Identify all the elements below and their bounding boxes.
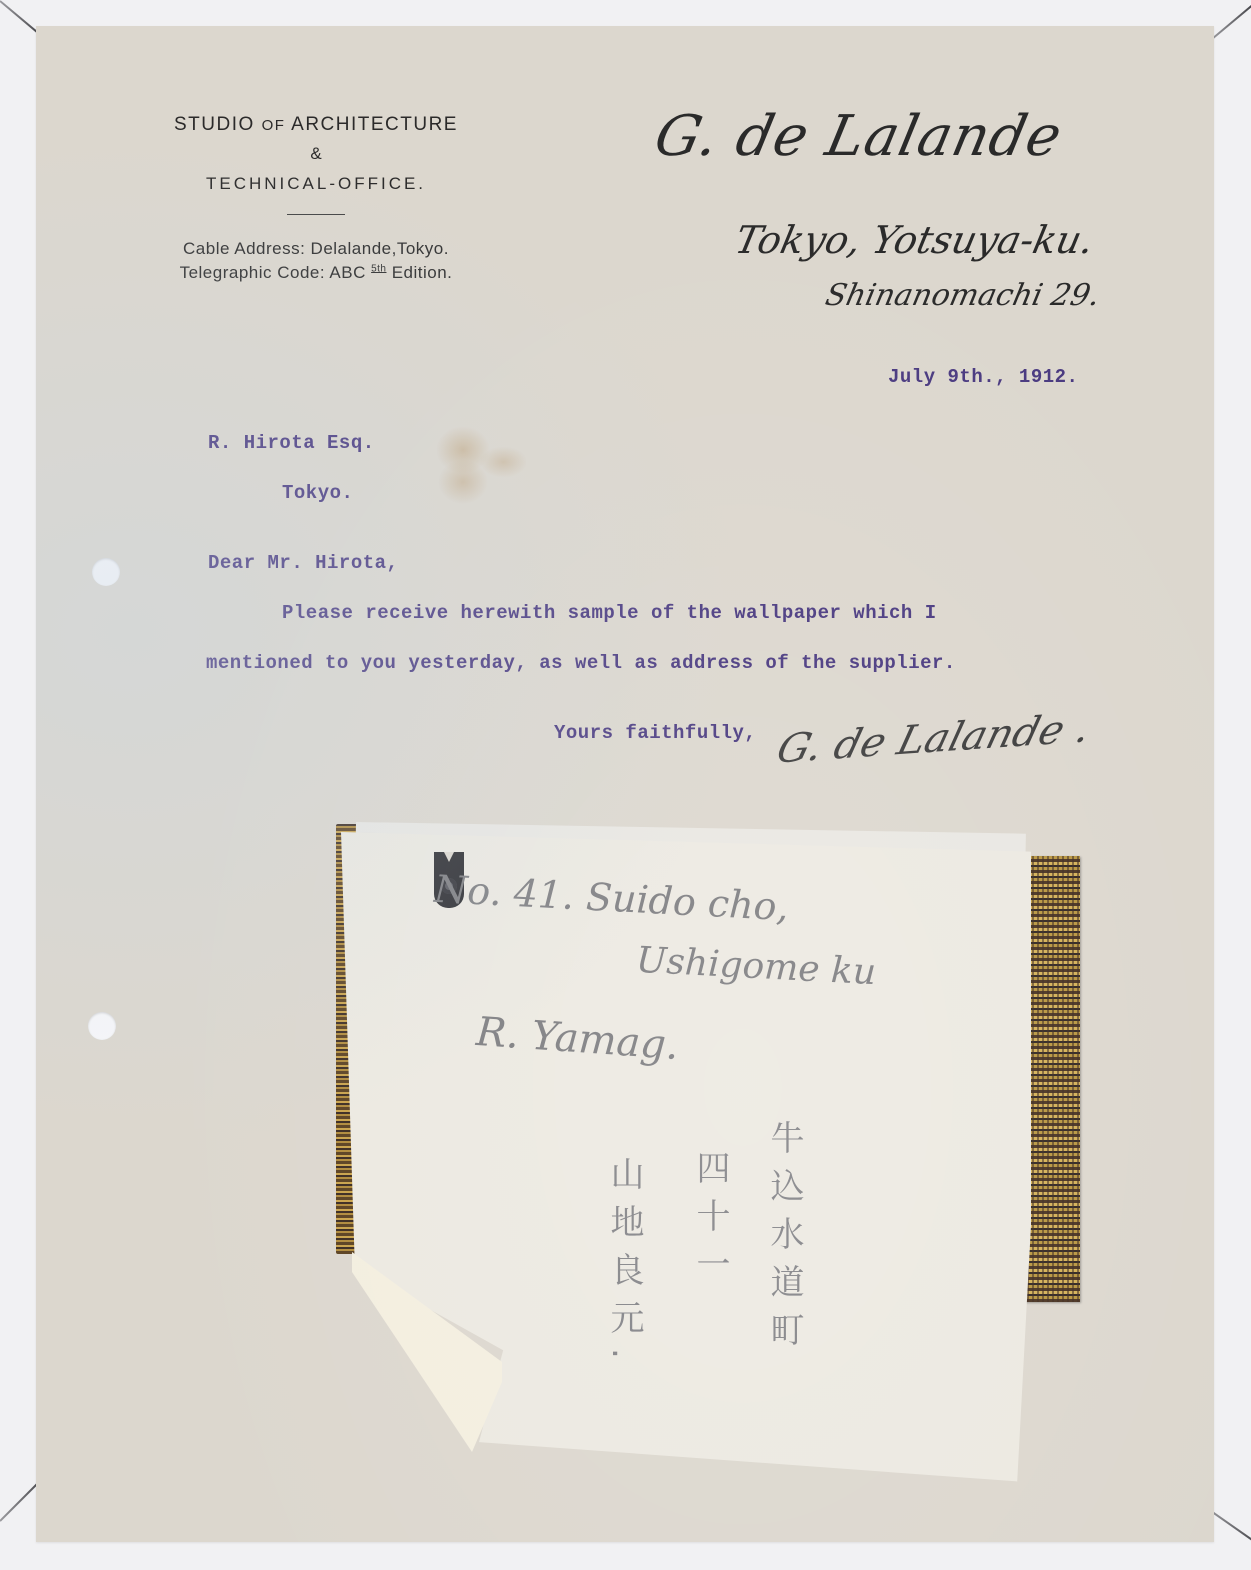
punch-hole-top bbox=[92, 558, 120, 586]
closing: Yours faithfully, bbox=[554, 722, 756, 744]
recipient-name: R. Hirota Esq. bbox=[208, 432, 375, 454]
letter-date: July 9th., 1912. bbox=[888, 366, 1078, 388]
ampersand: & bbox=[146, 144, 486, 164]
note-japanese-col-2: 四十一 bbox=[686, 1150, 735, 1294]
recipient-city: Tokyo. bbox=[282, 482, 353, 504]
stain bbox=[436, 426, 526, 506]
letterhead-left-block: STUDIO OF ARCHITECTURE & TECHNICAL-OFFIC… bbox=[146, 114, 486, 283]
letterhead-address-line-1: Tokyo, Yotsuya-ku. bbox=[731, 218, 1098, 262]
punch-hole-bottom bbox=[88, 1012, 116, 1040]
signature: G. de Lalande . bbox=[772, 705, 1095, 772]
pin-top-right bbox=[1211, 0, 1251, 40]
letterhead-address-line-2: Shinanomachi 29. bbox=[822, 278, 1103, 313]
letter-sheet: STUDIO OF ARCHITECTURE & TECHNICAL-OFFIC… bbox=[36, 26, 1214, 1542]
letterhead-name: G. de Lalande bbox=[649, 104, 1068, 169]
technical-office-title: TECHNICAL-OFFICE. bbox=[146, 174, 486, 194]
telegraphic-code: Telegraphic Code: ABC 5th Edition. bbox=[146, 263, 486, 283]
divider bbox=[287, 214, 345, 215]
note-japanese-col-1: 牛込水道町 bbox=[760, 1120, 809, 1360]
cable-address: Cable Address: Delalande,Tokyo. bbox=[146, 239, 486, 259]
studio-title: STUDIO OF ARCHITECTURE bbox=[146, 114, 486, 136]
salutation: Dear Mr. Hirota, bbox=[208, 552, 398, 574]
note-japanese-col-3: 山地良元. bbox=[600, 1156, 649, 1373]
body-line-1: Please receive herewith sample of the wa… bbox=[282, 602, 937, 624]
body-line-2: mentioned to you yesterday, as well as a… bbox=[206, 652, 956, 674]
